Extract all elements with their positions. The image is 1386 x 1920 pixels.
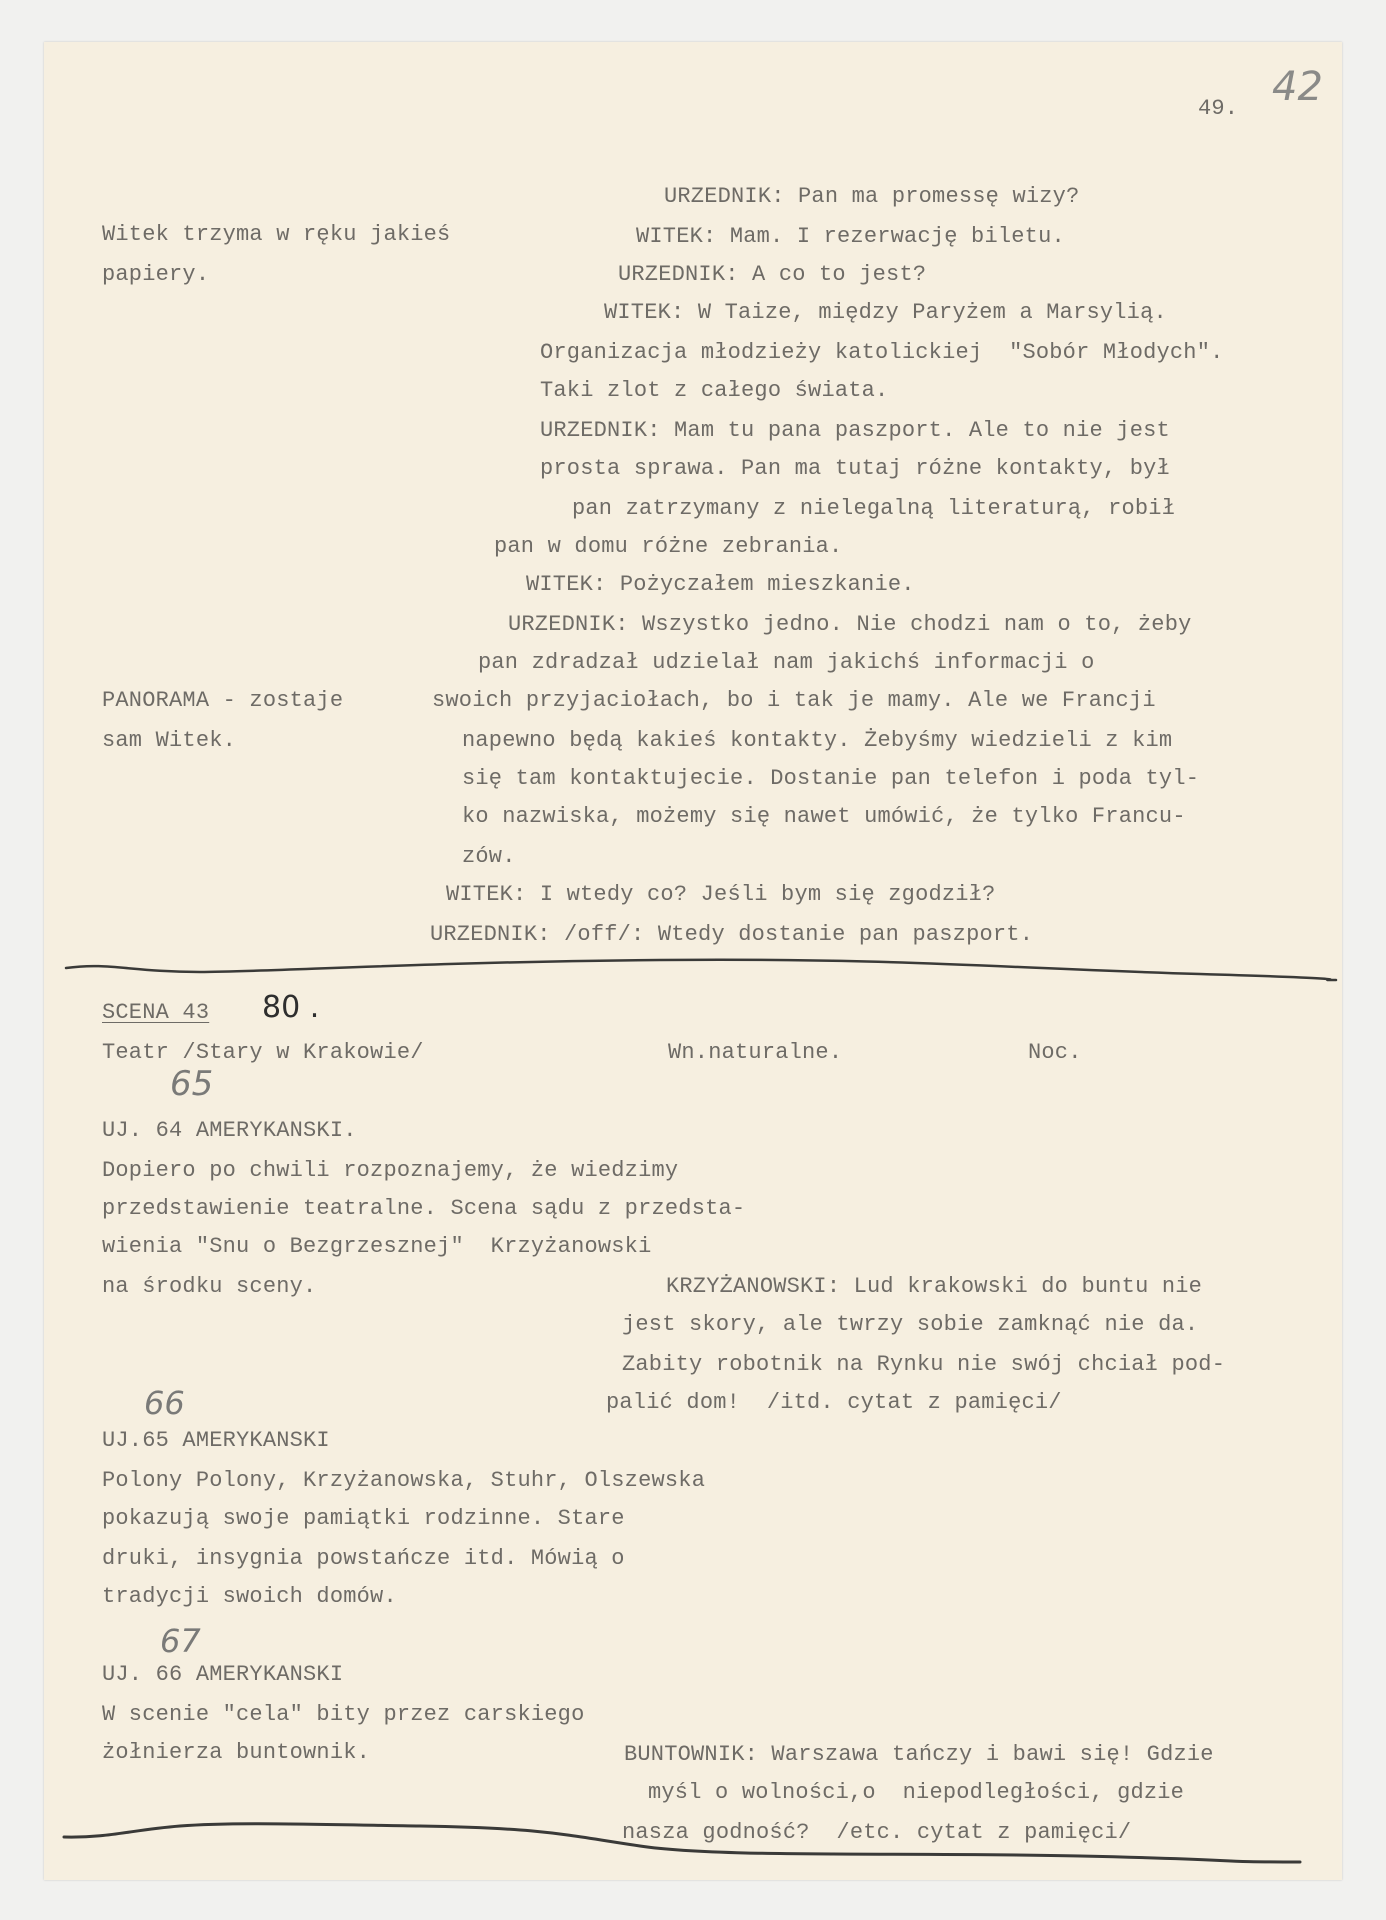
dialogue-line: jest skory, ale twrzy sobie zamknąć nie … (622, 1314, 1198, 1336)
scene-heading: SCENA 43 (102, 1002, 209, 1024)
shot-description: pokazują swoje pamiątki rodzinne. Stare (102, 1508, 625, 1530)
scene-location: Teatr /Stary w Krakowie/ (102, 1042, 424, 1064)
handwritten-shot-number: 66 (144, 1384, 185, 1422)
shot-description: żołnierza buntownik. (102, 1742, 370, 1764)
shot-label: UJ. 66 AMERYKANSKI (102, 1664, 343, 1686)
shot-label: UJ.65 AMERYKANSKI (102, 1430, 330, 1452)
hand-drawn-separator-lines (0, 0, 1386, 1920)
handwritten-scene-number: 80 . (262, 990, 319, 1025)
shot-description: tradycji swoich domów. (102, 1586, 397, 1608)
shot-label: UJ. 64 AMERYKANSKI. (102, 1120, 357, 1142)
dialogue-line: palić dom! /itd. cytat z pamięci/ (606, 1392, 1062, 1414)
shot-description: W scenie "cela" bity przez carskiego (102, 1704, 584, 1726)
shot-description: przedstawienie teatralne. Scena sądu z p… (102, 1198, 745, 1220)
shot-description: druki, insygnia powstańcze itd. Mówią o (102, 1548, 625, 1570)
dialogue-line: KRZYŻANOWSKI: Lud krakowski do buntu nie (666, 1276, 1202, 1298)
dialogue-line: Zabity robotnik na Rynku nie swój chciał… (622, 1354, 1225, 1376)
dialogue-line: nasza godność? /etc. cytat z pamięci/ (622, 1822, 1131, 1844)
shot-description: wienia "Snu o Bezgrzesznej" Krzyżanowski (102, 1236, 652, 1258)
shot-description: Dopiero po chwili rozpoznajemy, że wiedz… (102, 1160, 678, 1182)
scene-lighting: Wn.naturalne. (668, 1042, 842, 1064)
scene-time: Noc. (1028, 1042, 1082, 1064)
handwritten-shot-number: 65 (170, 1064, 213, 1104)
dialogue-line: myśl o wolności,o niepodległości, gdzie (648, 1782, 1184, 1804)
handwritten-shot-number: 67 (160, 1622, 201, 1660)
shot-description: Polony Polony, Krzyżanowska, Stuhr, Olsz… (102, 1470, 705, 1492)
dialogue-line: BUNTOWNIK: Warszawa tańczy i bawi się! G… (624, 1744, 1214, 1766)
shot-description: na środku sceny. (102, 1276, 316, 1298)
